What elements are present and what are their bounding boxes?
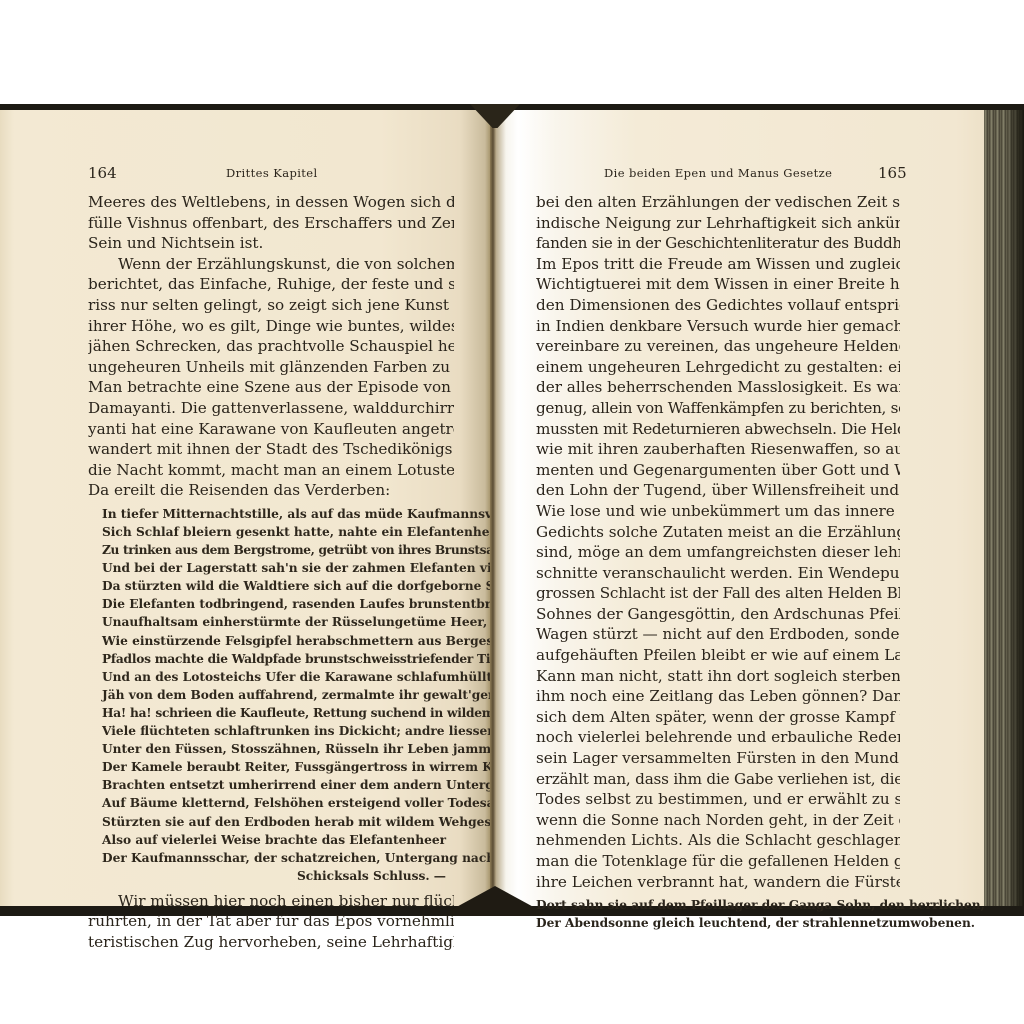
text-line: ihre Leichen verbrannt hat, wandern die … [536,872,900,893]
text-line: den Lohn der Tugend, über Willensfreihei… [536,480,900,501]
text-line: sind, möge an dem umfangreichsten dieser… [536,542,900,563]
verse-line: Schicksals Schluss. — [102,867,454,885]
text-line: fülle Vishnus offenbart, des Erschaffers… [88,213,454,234]
text-line: bei den alten Erzählungen der vedischen … [536,192,900,213]
verse-line: Brachten entsetzt umherirrend einer dem … [102,776,454,794]
text-line: aufgehäuften Pfeilen bleibt er wie auf e… [536,645,900,666]
verse-line: Und bei der Lagerstatt sah'n sie der zah… [102,559,454,577]
text-line: Wenn der Erzählungskunst, die von solche… [88,254,454,275]
left-page-number: 164 [88,164,117,182]
text-line: ihm noch eine Zeitlang das Leben gönnen?… [536,686,900,707]
text-line: wenn die Sonne nach Norden geht, in der … [536,810,900,831]
verse-line: Der Kamele beraubt Reiter, Fussgängertro… [102,758,454,776]
verse-line: Ha! ha! schrieen die Kaufleute, Rettung … [102,704,454,722]
text-line: Damayanti. Die gattenverlassene, walddur… [88,398,454,419]
text-line: menten und Gegenargumenten über Gott und… [536,460,900,481]
text-line: Todes selbst zu bestimmen, und er erwähl… [536,789,900,810]
text-line: man die Totenklage für die gefallenen He… [536,851,900,872]
verse-line: Und an des Lotosteichs Ufer die Karawane… [102,668,454,686]
text-line: fanden sie in der Geschichtenliteratur d… [536,233,900,254]
verse-line: Unter den Füssen, Stosszähnen, Rüsseln i… [102,740,454,758]
text-line: nehmenden Lichts. Als die Schlacht gesch… [536,830,900,851]
left-paragraph-2: Wenn der Erzählungskunst, die von solche… [88,254,454,501]
text-line: Wir müssen hier noch einen bisher nur fl… [88,891,454,912]
text-line: in Indien denkbare Versuch wurde hier ge… [536,316,900,337]
text-line: genug, allein von Waffenkämpfen zu beric… [536,398,900,419]
text-line: mussten mit Redeturnieren abwechseln. Di… [536,419,900,440]
right-page: Die beiden Epen und Manus Gesetze 165 be… [496,110,984,906]
text-line: Wie lose und wie unbekümmert um das inne… [536,501,900,522]
verse-line: Stürzten sie auf den Erdboden herab mit … [102,813,454,831]
text-line: erzählt man, dass ihm die Gabe verliehen… [536,769,900,790]
left-paragraph-3: Wir müssen hier noch einen bisher nur fl… [88,891,454,953]
verse-line: Der Abendsonne gleich leuchtend, der str… [536,914,900,932]
verse-line: Da stürzten wild die Waldtiere sich auf … [102,577,454,595]
text-line: der alles beherrschenden Masslosigkeit. … [536,377,900,398]
verse-line: Jäh von dem Boden auffahrend, zermalmte … [102,686,454,704]
left-verse-quote: In tiefer Mitternachtstille, als auf das… [102,505,454,885]
text-line: die Nacht kommt, macht man an einem Lotu… [88,460,454,481]
right-running-head: Die beiden Epen und Manus Gesetze [604,166,832,180]
page-edges [984,110,1024,906]
text-line: riss nur selten gelingt, so zeigt sich j… [88,295,454,316]
text-line: sein Lager versammelten Fürsten in den M… [536,748,900,769]
verse-line: Unaufhaltsam einherstürmte der Rüsselung… [102,613,454,631]
left-page: 164 Drittes Kapitel Meeres des Weltleben… [0,110,490,906]
verse-line: Also auf vielerlei Weise brachte das Ele… [102,831,454,849]
verse-line: Zu trinken aus dem Bergstrome, getrübt v… [102,541,454,559]
verse-line: Pfadlos machte die Waldpfade brunstschwe… [102,650,454,668]
text-line: indische Neigung zur Lehrhaftigkeit sich… [536,213,900,234]
text-line: ihrer Höhe, wo es gilt, Dinge wie buntes… [88,316,454,337]
text-line: wandert mit ihnen der Stadt des Tschedik… [88,439,454,460]
text-line: wie mit ihren zauberhaften Riesenwaffen,… [536,439,900,460]
text-line: schnitte veranschaulicht werden. Ein Wen… [536,563,900,584]
text-line: sich dem Alten später, wenn der grosse K… [536,707,900,728]
text-line: den Dimensionen des Gedichtes vollauf en… [536,295,900,316]
text-line: Wichtigtuerei mit dem Wissen in einer Br… [536,274,900,295]
text-line: noch vielerlei belehrende und erbauliche… [536,727,900,748]
verse-line: Viele flüchteten schlaftrunken ins Dicki… [102,722,454,740]
text-line: Da ereilt die Reisenden das Verderben: [88,480,454,501]
text-line: Meeres des Weltlebens, in dessen Wogen s… [88,192,454,213]
right-page-number: 165 [878,164,907,182]
text-line: Wagen stürzt — nicht auf den Erdboden, s… [536,624,900,645]
verse-line: Die Elefanten todbringend, rasenden Lauf… [102,595,454,613]
text-line: yanti hat eine Karawane von Kaufleuten a… [88,419,454,440]
right-verse-quote: Dort sahn sie auf dem Pfeillager der Gan… [536,896,900,932]
verse-line: Dort sahn sie auf dem Pfeillager der Gan… [536,896,900,914]
open-book: 164 Drittes Kapitel Meeres des Weltleben… [0,104,1024,916]
text-line: einem ungeheuren Lehrgedicht zu gestalte… [536,357,900,378]
text-line: berichtet, das Einfache, Ruhige, der fes… [88,274,454,295]
text-line: Gedichts solche Zutaten meist an die Erz… [536,522,900,543]
verse-line: Auf Bäume kletternd, Felshöhen ersteigen… [102,794,454,812]
right-page-body: bei den alten Erzählungen der vedischen … [536,192,900,932]
text-line: Sein und Nichtsein ist. [88,233,454,254]
text-line: jähen Schrecken, das prachtvolle Schausp… [88,336,454,357]
text-line: vereinbare zu vereinen, das ungeheure He… [536,336,900,357]
left-paragraph-1: Meeres des Weltlebens, in dessen Wogen s… [88,192,454,254]
left-running-head: Drittes Kapitel [226,166,318,180]
verse-line: Wie einstürzende Felsgipfel herabschmett… [102,632,454,650]
verse-line: Sich Schlaf bleiern gesenkt hatte, nahte… [102,523,454,541]
text-line: Man betrachte eine Szene aus der Episode… [88,377,454,398]
text-line: grossen Schlacht ist der Fall des alten … [536,583,900,604]
text-line: Im Epos tritt die Freude am Wissen und z… [536,254,900,275]
verse-line: In tiefer Mitternachtstille, als auf das… [102,505,454,523]
text-line: Kann man nicht, statt ihn dort sogleich … [536,666,900,687]
left-page-body: Meeres des Weltlebens, in dessen Wogen s… [88,192,454,953]
verse-line: Der Kaufmannsschar, der schatzreichen, U… [102,849,454,867]
text-line: rührten, in der Tat aber für das Epos vo… [88,911,454,932]
text-line: teristischen Zug hervorheben, seine Lehr… [88,932,454,953]
text-line: Sohnes der Gangesgöttin, den Ardschunas … [536,604,900,625]
right-paragraph-1: bei den alten Erzählungen der vedischen … [536,192,900,892]
text-line: ungeheuren Unheils mit glänzenden Farben… [88,357,454,378]
